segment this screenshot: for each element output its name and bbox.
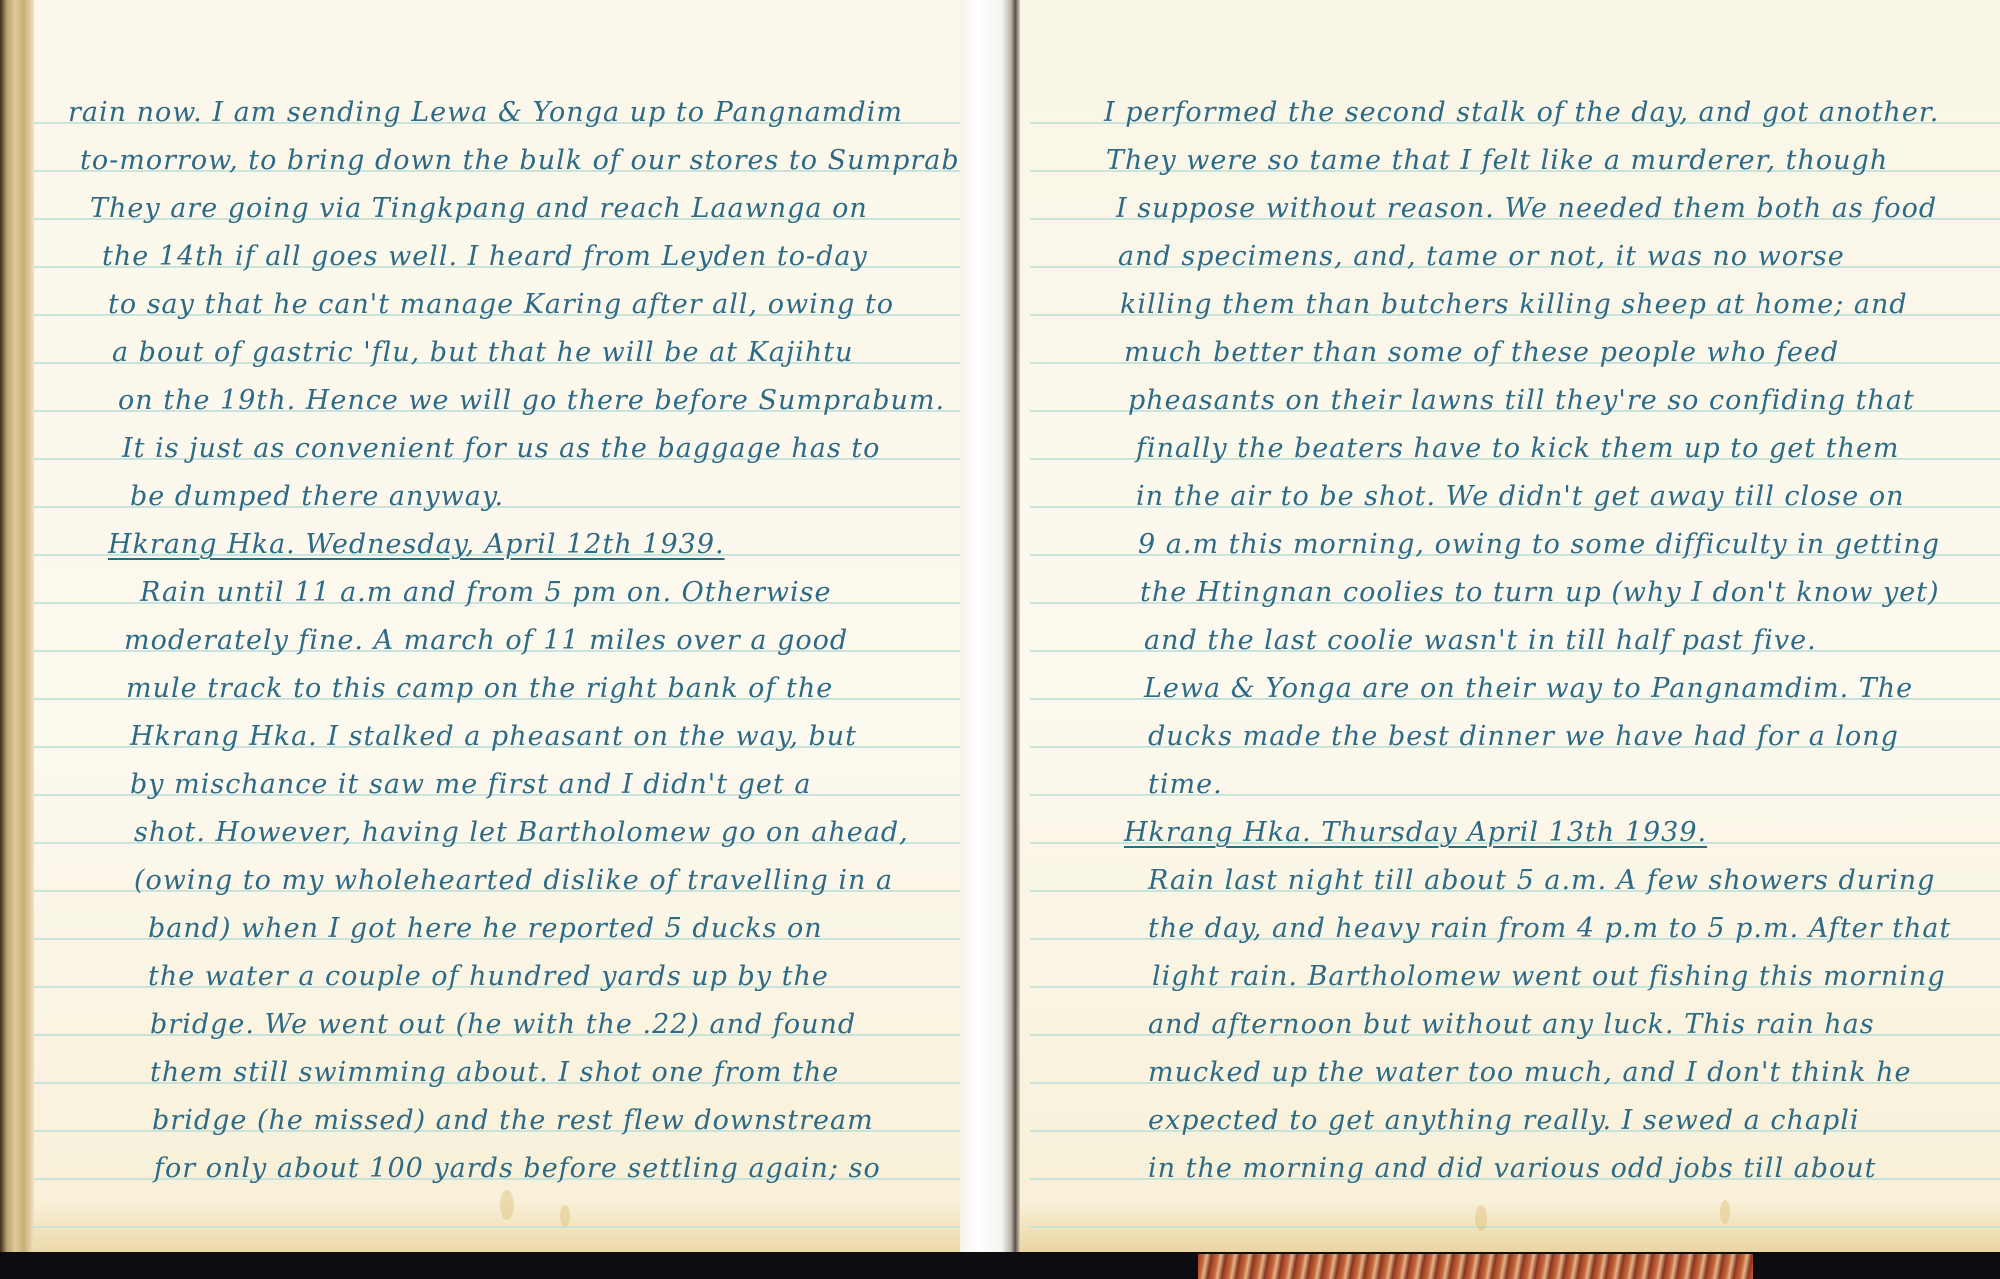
handwritten-line: finally the beaters have to kick them up… bbox=[1136, 434, 1899, 464]
handwritten-line: much better than some of these people wh… bbox=[1124, 338, 1839, 368]
handwritten-line: bridge (he missed) and the rest flew dow… bbox=[152, 1106, 874, 1136]
handwritten-line: 9 a.m this morning, owing to some diffic… bbox=[1138, 530, 1940, 560]
handwritten-line: in the air to be shot. We didn't get awa… bbox=[1136, 482, 1904, 512]
marbled-edge bbox=[1198, 1254, 1753, 1279]
book-gutter bbox=[960, 0, 1020, 1258]
handwritten-line: They were so tame that I felt like a mur… bbox=[1106, 146, 1888, 176]
handwritten-line: Rain last night till about 5 a.m. A few … bbox=[1148, 866, 1935, 896]
handwritten-line: the 14th if all goes well. I heard from … bbox=[102, 242, 868, 272]
handwritten-line: expected to get anything really. I sewed… bbox=[1148, 1106, 1860, 1136]
right-page-text: I performed the second stalk of the day,… bbox=[1020, 0, 2000, 1252]
paper-stain bbox=[560, 1205, 570, 1227]
handwritten-line: by mischance it saw me first and I didn'… bbox=[130, 770, 811, 800]
handwritten-line: the day, and heavy rain from 4 p.m to 5 … bbox=[1148, 914, 1951, 944]
handwritten-line: killing them than butchers killing sheep… bbox=[1120, 290, 1908, 320]
handwritten-line: light rain. Bartholomew went out fishing… bbox=[1152, 962, 1946, 992]
handwritten-line: and afternoon but without any luck. This… bbox=[1148, 1010, 1875, 1040]
handwritten-line: bridge. We went out (he with the .22) an… bbox=[150, 1010, 856, 1040]
handwritten-line: be dumped there anyway. bbox=[130, 482, 504, 512]
left-page-text: rain now. I am sending Lewa & Yonga up t… bbox=[0, 0, 1005, 1252]
handwritten-line: I performed the second stalk of the day,… bbox=[1104, 98, 1939, 128]
handwritten-line: (owing to my wholehearted dislike of tra… bbox=[134, 866, 893, 896]
handwritten-line: to say that he can't manage Karing after… bbox=[108, 290, 894, 320]
handwritten-line: mule track to this camp on the right ban… bbox=[126, 674, 833, 704]
handwritten-line: rain now. I am sending Lewa & Yonga up t… bbox=[68, 98, 903, 128]
handwritten-line: and specimens, and, tame or not, it was … bbox=[1118, 242, 1845, 272]
handwritten-line: Lewa & Yonga are on their way to Pangnam… bbox=[1144, 674, 1913, 704]
handwritten-line: for only about 100 yards before settling… bbox=[154, 1154, 881, 1184]
handwritten-line: shot. However, having let Bartholomew go… bbox=[134, 818, 909, 848]
open-notebook: rain now. I am sending Lewa & Yonga up t… bbox=[0, 0, 2000, 1279]
left-page: rain now. I am sending Lewa & Yonga up t… bbox=[0, 0, 1005, 1252]
handwritten-line: pheasants on their lawns till they're so… bbox=[1128, 386, 1915, 416]
handwritten-line: ducks made the best dinner we have had f… bbox=[1148, 722, 1899, 752]
handwritten-line: mucked up the water too much, and I don'… bbox=[1148, 1058, 1911, 1088]
handwritten-line: moderately fine. A march of 11 miles ove… bbox=[124, 626, 848, 656]
handwritten-line: a bout of gastric 'flu, but that he will… bbox=[112, 338, 854, 368]
paper-stain bbox=[500, 1190, 514, 1220]
handwritten-line: to-morrow, to bring down the bulk of our… bbox=[80, 146, 1005, 176]
handwritten-line: in the morning and did various odd jobs … bbox=[1148, 1154, 1877, 1184]
handwritten-line: Hkrang Hka. I stalked a pheasant on the … bbox=[130, 722, 857, 752]
handwritten-line: I suppose without reason. We needed them… bbox=[1116, 194, 1937, 224]
right-page: I performed the second stalk of the day,… bbox=[1020, 0, 2000, 1252]
handwritten-line: It is just as convenient for us as the b… bbox=[122, 434, 880, 464]
entry-heading: Hkrang Hka. Wednesday, April 12th 1939. bbox=[108, 530, 725, 560]
handwritten-line: and the last coolie wasn't in till half … bbox=[1144, 626, 1817, 656]
handwritten-line: the water a couple of hundred yards up b… bbox=[148, 962, 829, 992]
entry-heading: Hkrang Hka. Thursday April 13th 1939. bbox=[1124, 818, 1707, 848]
handwritten-line: the Htingnan coolies to turn up (why I d… bbox=[1140, 578, 1940, 608]
paper-stain bbox=[1720, 1200, 1730, 1224]
handwritten-line: band) when I got here he reported 5 duck… bbox=[148, 914, 823, 944]
paper-stain bbox=[1475, 1205, 1487, 1231]
handwritten-line: on the 19th. Hence we will go there befo… bbox=[118, 386, 945, 416]
handwritten-line: They are going via Tingkpang and reach L… bbox=[90, 194, 868, 224]
handwritten-line: Rain until 11 a.m and from 5 pm on. Othe… bbox=[140, 578, 832, 608]
handwritten-line: time. bbox=[1148, 770, 1223, 800]
handwritten-line: them still swimming about. I shot one fr… bbox=[150, 1058, 839, 1088]
